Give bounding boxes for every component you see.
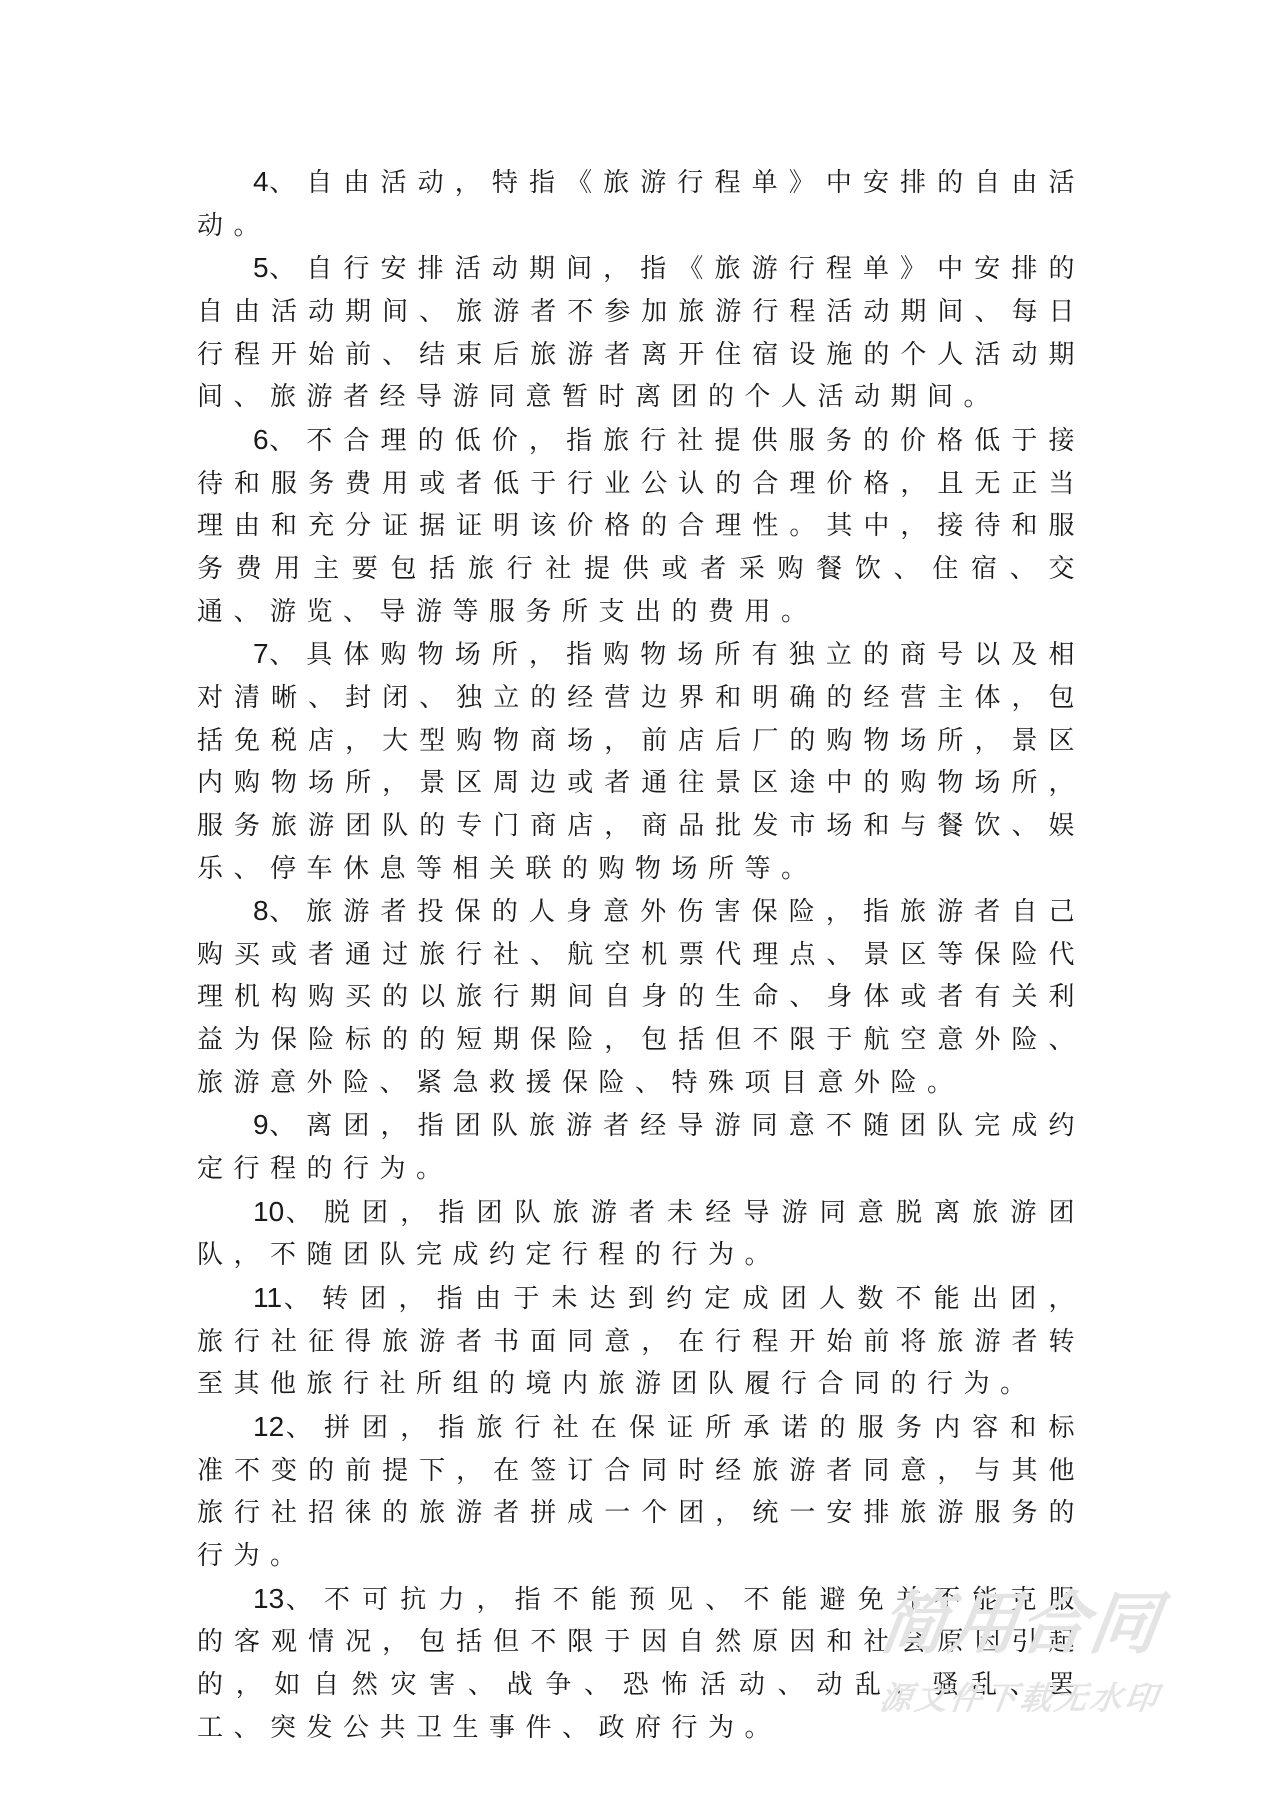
definition-paragraph-5: 5、自行安排活动期间，指《旅游行程单》中安排的自由活动期间、旅游者不参加旅游行程… — [197, 247, 1085, 419]
paragraph-text: 、自行安排活动期间，指《旅游行程单》中安排的自由活动期间、旅游者不参加旅游行程活… — [197, 254, 1085, 412]
paragraph-text: 、具体购物场所，指购物场所有独立的商号以及相对清晰、封闭、独立的经营边界和明确的… — [197, 640, 1085, 883]
paragraph-number: 7 — [253, 638, 269, 669]
definition-paragraph-6: 6、不合理的低价，指旅行社提供服务的价格低于接待和服务费用或者低于行业公认的合理… — [197, 419, 1085, 633]
paragraph-number: 11 — [253, 1282, 282, 1313]
paragraph-number: 12 — [253, 1411, 284, 1442]
definition-paragraph-12: 12、拼团，指旅行社在保证所承诺的服务内容和标准不变的前提下，在签订合同时经旅游… — [197, 1406, 1085, 1578]
watermark-title: 简用合同 — [875, 1588, 1185, 1662]
paragraph-number: 9 — [253, 1109, 269, 1140]
paragraph-number: 13 — [253, 1583, 284, 1614]
definition-paragraph-7: 7、具体购物场所，指购物场所有独立的商号以及相对清晰、封闭、独立的经营边界和明确… — [197, 633, 1085, 890]
paragraph-number: 5 — [253, 252, 269, 283]
paragraph-text: 、旅游者投保的人身意外伤害保险，指旅游者自己购买或者通过旅行社、航空机票代理点、… — [197, 897, 1085, 1098]
paragraph-number: 8 — [253, 895, 269, 926]
paragraph-text: 、自由活动，特指《旅游行程单》中安排的自由活动。 — [197, 168, 1085, 241]
document-page: 4、自由活动，特指《旅游行程单》中安排的自由活动。 5、自行安排活动期间，指《旅… — [197, 161, 1085, 1749]
paragraph-number: 10 — [253, 1196, 284, 1227]
paragraph-text: 、脱团，指团队旅游者未经导游同意脱离旅游团队，不随团队完成约定行程的行为。 — [197, 1198, 1085, 1271]
definition-paragraph-4: 4、自由活动，特指《旅游行程单》中安排的自由活动。 — [197, 161, 1085, 247]
paragraph-number: 4 — [253, 166, 269, 197]
paragraph-number: 6 — [253, 424, 269, 455]
paragraph-text: 、不合理的低价，指旅行社提供服务的价格低于接待和服务费用或者低于行业公认的合理价… — [197, 426, 1085, 627]
paragraph-text: 、离团，指团队旅游者经导游同意不随团队完成约定行程的行为。 — [197, 1111, 1085, 1184]
definition-paragraph-10: 10、脱团，指团队旅游者未经导游同意脱离旅游团队，不随团队完成约定行程的行为。 — [197, 1191, 1085, 1277]
paragraph-text: 、拼团，指旅行社在保证所承诺的服务内容和标准不变的前提下，在签订合同时经旅游者同… — [197, 1413, 1085, 1571]
watermark-subtitle: 源文件下载无水印 — [877, 1678, 1183, 1718]
definition-paragraph-9: 9、离团，指团队旅游者经导游同意不随团队完成约定行程的行为。 — [197, 1104, 1085, 1190]
definition-paragraph-11: 11、转团，指由于未达到约定成团人数不能出团，旅行社征得旅游者书面同意，在行程开… — [197, 1277, 1085, 1406]
paragraph-text: 、转团，指由于未达到约定成团人数不能出团，旅行社征得旅游者书面同意，在行程开始前… — [197, 1284, 1085, 1399]
watermark: 简用合同 源文件下载无水印 — [880, 1588, 1180, 1718]
definition-paragraph-8: 8、旅游者投保的人身意外伤害保险，指旅游者自己购买或者通过旅行社、航空机票代理点… — [197, 890, 1085, 1104]
